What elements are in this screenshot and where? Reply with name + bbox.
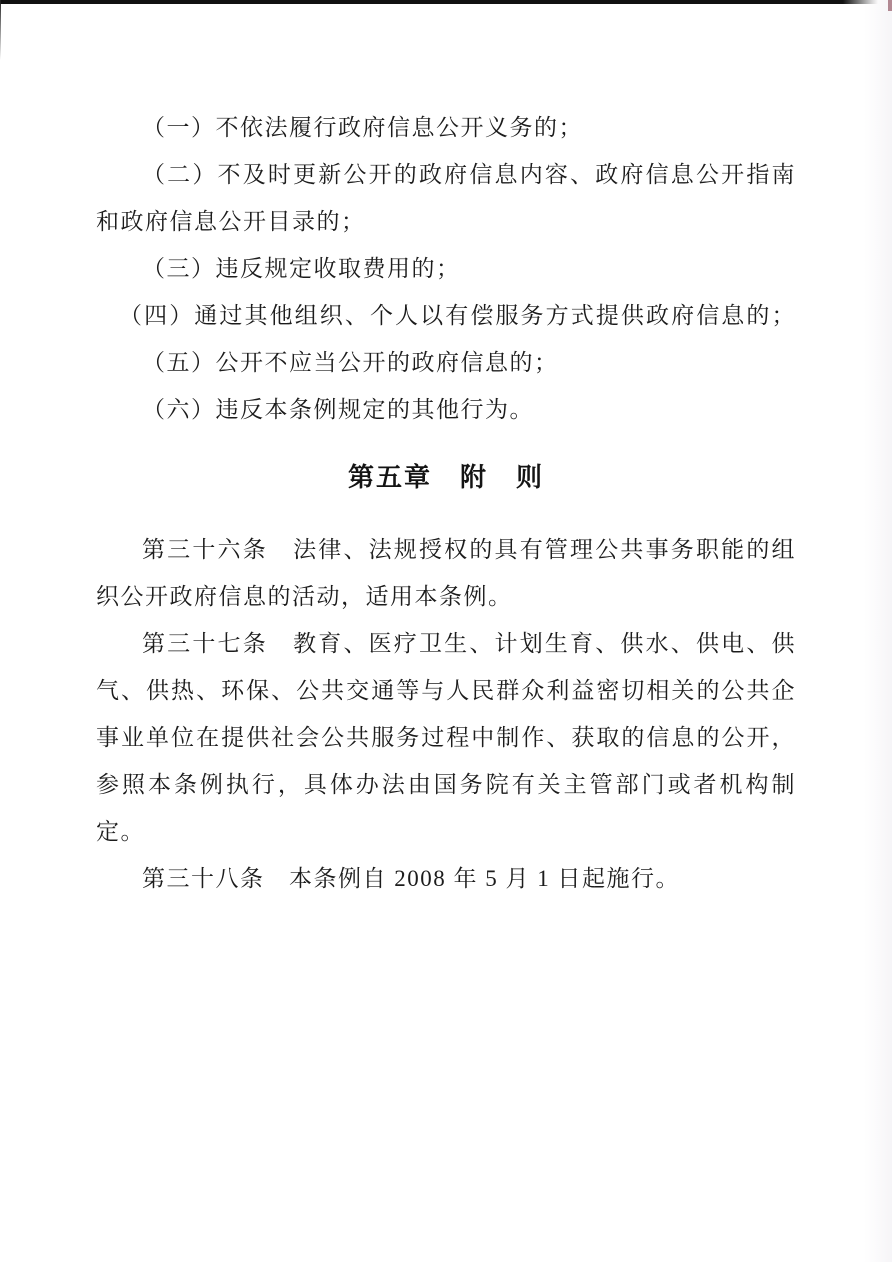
document-body: （一）不依法履行政府信息公开义务的； （二）不及时更新公开的政府信息内容、政府信… [96, 104, 796, 902]
article-37-line-1: 第三十七条 教育、医疗卫生、计划生育、供水、供电、供 [96, 620, 796, 667]
scan-top-edge-artifact [0, 0, 878, 4]
list-item-4: （四）通过其他组织、个人以有偿服务方式提供政府信息的； [96, 292, 796, 339]
list-item-5: （五）公开不应当公开的政府信息的； [96, 339, 796, 386]
chapter-heading: 第五章 附 则 [96, 454, 796, 501]
article-37-line-3: 事业单位在提供社会公共服务过程中制作、获取的信息的公开， [96, 714, 796, 761]
article-36-line-2: 织公开政府信息的活动，适用本条例。 [96, 573, 796, 620]
list-item-6: （六）违反本条例规定的其他行为。 [96, 386, 796, 433]
scan-right-edge-shade [864, 0, 892, 1262]
scan-left-edge-artifact [0, 0, 1, 60]
article-37-line-4: 参照本条例执行，具体办法由国务院有关主管部门或者机构制 [96, 761, 796, 808]
article-37-line-2: 气、供热、环保、公共交通等与人民群众利益密切相关的公共企 [96, 667, 796, 714]
article-36-line-1: 第三十六条 法律、法规授权的具有管理公共事务职能的组 [96, 526, 796, 573]
list-item-3: （三）违反规定收取费用的； [96, 245, 796, 292]
scanned-document-page: （一）不依法履行政府信息公开义务的； （二）不及时更新公开的政府信息内容、政府信… [0, 0, 892, 1262]
list-item-2-line-2: 和政府信息公开目录的； [96, 198, 796, 245]
article-37-line-5: 定。 [96, 808, 796, 855]
list-item-1: （一）不依法履行政府信息公开义务的； [96, 104, 796, 151]
article-38-line-1: 第三十八条 本条例自 2008 年 5 月 1 日起施行。 [96, 855, 796, 902]
list-item-2-line-1: （二）不及时更新公开的政府信息内容、政府信息公开指南 [96, 151, 796, 198]
